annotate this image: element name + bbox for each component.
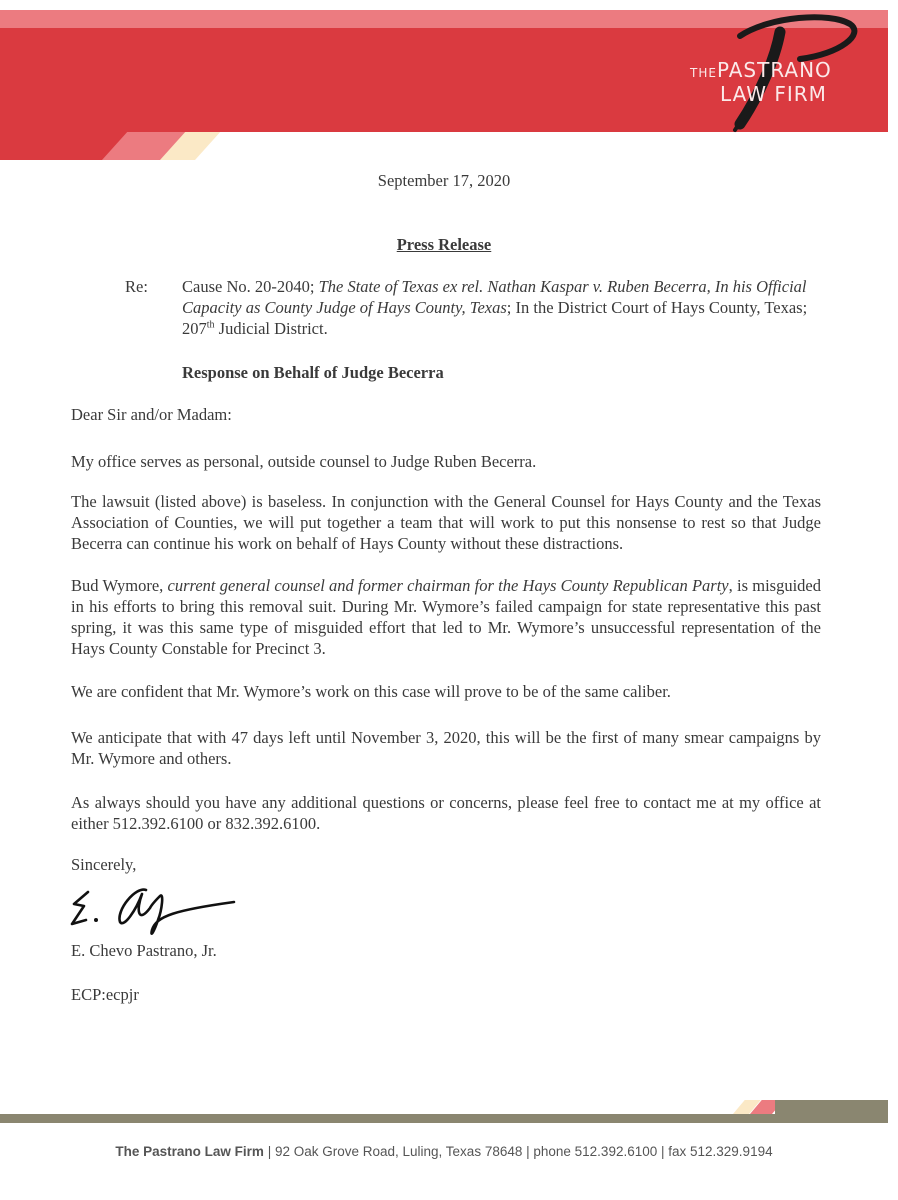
salutation: Dear Sir and/or Madam: [71,404,821,425]
letter-date: September 17, 2020 [0,170,888,191]
paragraph-3-name: Bud Wymore, [71,576,168,595]
signature-icon [66,880,246,940]
paragraph-4: We are confident that Mr. Wymore’s work … [71,681,821,702]
signature [66,880,246,945]
footer-bar [0,1114,888,1123]
paragraph-3-italic: current general counsel and former chair… [168,576,729,595]
logo-title-line: THEPASTRANO [690,58,832,82]
re-cause: Cause No. 20-2040; [182,277,319,296]
signer-name: E. Chevo Pastrano, Jr. [71,940,217,961]
firm-logo: THEPASTRANO LAW FIRM [680,14,885,134]
paragraph-6: As always should you have any additional… [71,792,821,834]
paragraph-5: We anticipate that with 47 days left unt… [71,727,821,769]
logo-law-firm: LAW FIRM [720,82,827,106]
paragraph-3: Bud Wymore, current general counsel and … [71,575,821,659]
footer-details: | 92 Oak Grove Road, Luling, Texas 78648… [264,1144,773,1159]
letter-title: Press Release [0,234,888,255]
footer-contact: The Pastrano Law Firm | 92 Oak Grove Roa… [0,1144,888,1159]
subheading: Response on Behalf of Judge Becerra [182,362,444,383]
re-court-sup: th [207,320,215,331]
closing: Sincerely, [71,854,136,875]
re-line: Cause No. 20-2040; The State of Texas ex… [182,276,822,339]
paragraph-2: The lawsuit (listed above) is baseless. … [71,491,821,554]
logo-pastrano: PASTRANO [717,58,832,82]
footer-firm-name: The Pastrano Law Firm [115,1144,264,1159]
paragraph-1: My office serves as personal, outside co… [71,451,821,472]
logo-the: THE [690,66,717,80]
re-court-post: Judicial District. [215,319,328,338]
initials: ECP:ecpjr [71,984,139,1005]
re-label: Re: [125,276,148,297]
